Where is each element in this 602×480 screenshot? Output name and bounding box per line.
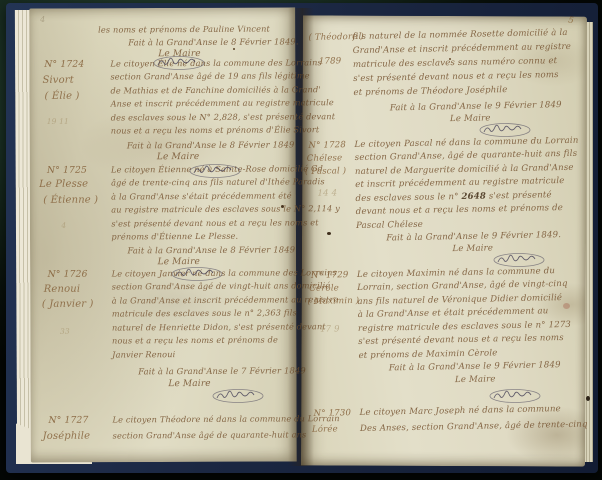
register-scan: 4 les noms et prénoms de Pauline Vincent… [0,0,602,480]
mayor-signoff: Le Maire [157,153,200,162]
entry-margin-number: N° 1729 [311,271,349,280]
mayor-signature-stamp [170,266,224,282]
margin-note: 19 11 [47,118,69,126]
mayor-signature-stamp [211,388,265,404]
date-line: Fait à la Grand'Anse le 8 Février 1849 [127,245,295,254]
entry-line: prénoms d'Étienne Le Plesse. [111,232,238,241]
entry-line-text: s'est présenté [486,190,552,201]
entry-margin-number: N° 1726 [48,270,88,279]
margin-note: 17 9 [320,325,340,334]
entry-line: Grand'Anse et inscrit précédemment au re… [353,43,571,56]
margin-note: 14 4 [317,189,337,198]
stain [563,303,570,309]
entry-margin-name: Le Plesse [39,180,88,190]
entry-line: s'est présenté devant nous et a reçu les… [353,71,559,84]
mayor-signature-stamp [188,163,242,179]
left-corner-mark: 4 [40,16,45,24]
entry-line: matricule des esclaves sous le n° 2,363 … [112,308,297,317]
entry-margin-number: N° 1728 [308,141,346,150]
entry-margin-number: N° 1725 [47,166,87,175]
entry-line: s'est présenté devant nous et a reçu les… [358,334,564,347]
entry-margin-number: N° 1727 [48,416,88,425]
date-line: Fait à la Grand'Anse le 9 Février 1849 [389,361,561,373]
right-page-content: 5 ( Théodore ) 1789 fils naturel de la n… [302,11,595,466]
entry-margin-name: Sivort [42,76,73,86]
date-line: Fait à la Grand'Anse le 8 Février 1849. [128,37,299,46]
entry-margin-name: Lórée [312,425,338,434]
entry-margin-forename: ( Élie ) [45,92,80,102]
entry-line: section Grand'Anse âgé de quarante-huit … [113,430,307,439]
matricule-number: 2648 [461,192,486,202]
entry-line: à la Grand'Anse s'était précédemment été [111,191,292,200]
date-line: Fait à la Grand'Anse le 9 Février 1849 [390,101,562,113]
entry-line: section Grand'Anse, âgé de quarante-huit… [355,150,578,163]
entry-margin-number: N° 1730 [314,409,352,418]
entry-line: Le citoyen Maximin né dans la commune du [357,267,555,279]
mayor-signature-stamp [492,252,546,268]
mayor-signature-stamp [488,388,542,404]
entry-margin-forename: ( Étienne ) [43,196,98,206]
entry-line: naturel de Marguerite domicilié à la Gra… [355,164,574,177]
entry-margin-name: Joséphile [43,432,91,442]
entry-line: section Grand'Anse âgé de 19 ans fils lé… [110,71,309,80]
margin-note: 1789 [319,57,342,66]
date-line: Fait à la Grand'Anse le 7 Février 1849 [138,366,306,375]
entry-line: à la Grand'Anse et était précédemment au [358,307,549,319]
ink-speck [449,58,451,60]
entry-line: nous et a reçu les noms et prénoms de [112,335,278,344]
entry-margin-name: Renoui [44,285,81,295]
mayor-signoff: Le Maire [455,375,496,384]
gutter-shadow [288,8,314,466]
entry-line: des esclaves sous le n° 2648 s'est prése… [355,191,551,203]
margin-note: 33 [60,328,70,336]
ink-speck [327,232,331,235]
entry-line: et prénoms de Maximin Cèrole [358,349,497,360]
date-line: Fait à la Grand'Anse le 8 Février 1849 [127,140,295,149]
entry-line: et inscrit précédemment au registre matr… [355,177,564,190]
entry-line: Janvier Renoui [112,350,175,359]
ink-speck [586,396,590,401]
entry-line: et prénoms de Théodore Joséphile [353,86,507,98]
entry-line: Lorrain, section Grand'Anse, âgé de ving… [357,280,568,293]
entry-line: ans fils naturel de Véronique Didier dom… [357,294,562,307]
mayor-signature-stamp [478,122,532,138]
page-number: 5 [568,16,575,25]
entry-line: Des Anses, section Grand'Anse, âgé de tr… [360,421,588,434]
entry-line: matricule des esclaves sans numéro connu… [353,57,557,70]
entry-line: Le citoyen Marc Joseph né dans la commun… [360,405,561,417]
entry-margin-number: N° 1724 [44,60,84,69]
entry-margin-forename: ( Janvier ) [42,300,94,310]
mayor-signoff: Le Maire [452,244,493,253]
entry-line: les noms et prénoms de Pauline Vincent [98,25,270,34]
mayor-signoff: Le Maire [168,380,211,389]
entry-line: Le citoyen Pascal né dans la commune du … [354,137,578,150]
date-line: Fait à la Grand'Anse le 9 Février 1849. [386,231,561,243]
margin-note: 4 [61,222,66,230]
entry-line: fils naturel de la nommée Rosette domici… [352,29,567,42]
entry-line: Pascal Chélese [356,221,423,231]
mayor-signature-stamp [152,55,206,71]
entry-line: registre matricule des esclaves sous le … [358,321,571,334]
ink-speck [281,205,284,208]
entry-line-text: des esclaves sous le n° [355,192,461,204]
entry-line: devant nous et a reçu les noms et prénom… [356,204,563,217]
ink-speck [233,48,235,50]
entry-margin-forename: ( Maximin ) [307,297,359,307]
